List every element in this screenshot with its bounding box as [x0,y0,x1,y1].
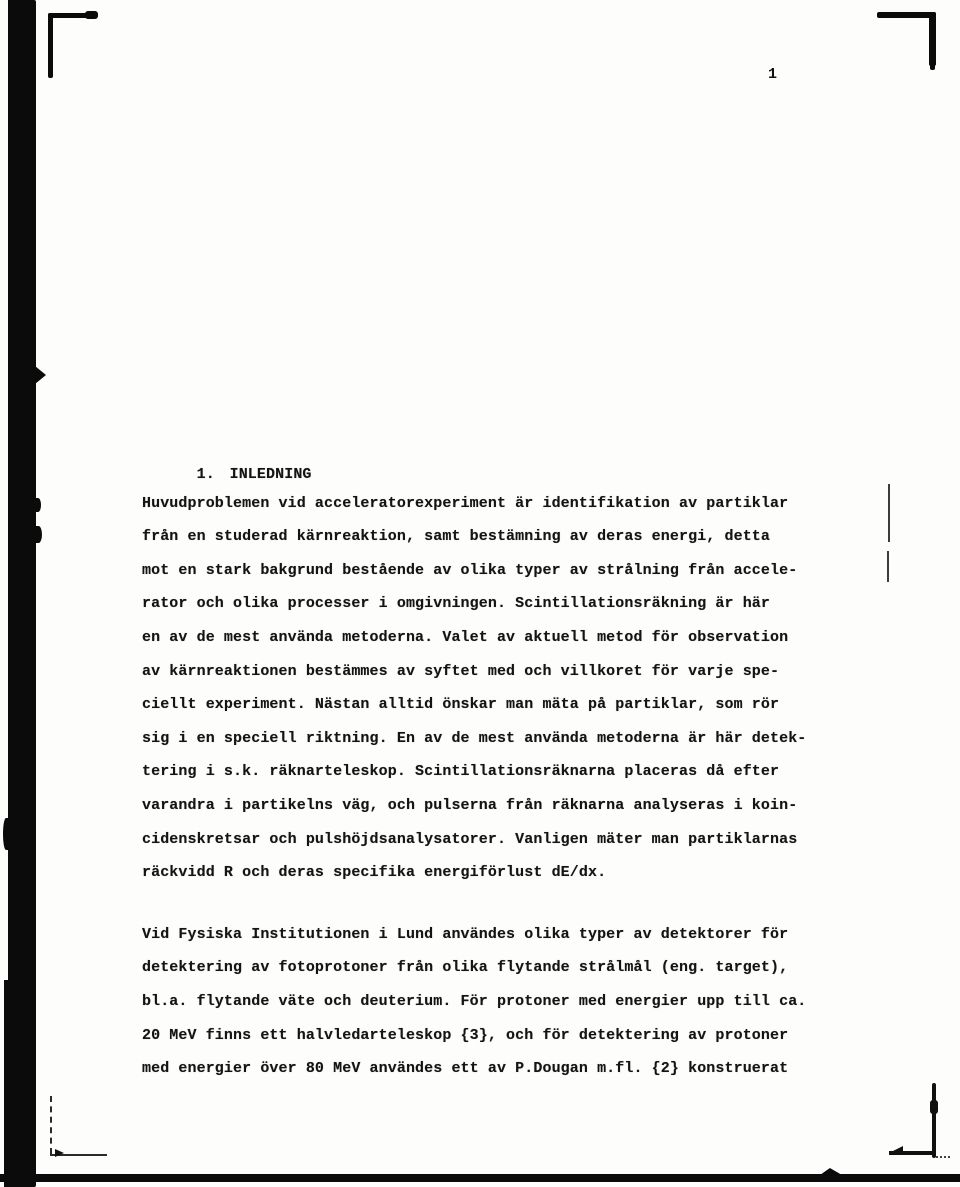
crop-mark-top-left-blob [85,11,98,19]
crop-mark-bottom-right-blob [930,1100,938,1114]
crop-mark-bottom-right-vertical [932,1083,936,1158]
text-line: Vid Fysiska Institutionen i Lund använde… [142,918,822,952]
stray-mark-right-2 [887,551,889,582]
text-line: bl.a. flytande väte och deuterium. För p… [142,985,822,1019]
text-line: med energier över 80 MeV användes ett av… [142,1052,822,1086]
text-line: av kärnreaktionen bestämmes av syftet me… [142,655,822,689]
section-title: INLEDNING [230,466,312,483]
crop-mark-bottom-left-arrowhead [55,1149,64,1157]
text-line: tering i s.k. räknarteleskop. Scintillat… [142,755,822,789]
text-line: ciellt experiment. Nästan alltid önskar … [142,688,822,722]
scanned-document-page: 1 1.INLEDNING Huvudproblemen vid acceler… [0,0,960,1187]
text-line: Huvudproblemen vid acceleratorexperiment… [142,487,822,521]
crop-mark-top-left-vertical [48,13,53,78]
text-line: 20 MeV finns ett halvledarteleskop {3}, … [142,1019,822,1053]
text-block: 1.INLEDNING Huvudproblemen vid accelerat… [142,424,822,1086]
section-heading: 1.INLEDNING [142,424,822,458]
text-line: rator och olika processer i omgivningen.… [142,587,822,621]
text-line: varandra i partikelns väg, och pulserna … [142,789,822,823]
crop-mark-bottom-left-vertical [50,1096,52,1154]
text-line: cidenskretsar och pulshöjdsanalysatorer.… [142,823,822,857]
page-number: 1 [768,66,777,83]
scan-blot-left-arrow [35,366,46,384]
text-line: sig i en speciell riktning. En av de mes… [142,722,822,756]
text-line: räckvidd R och deras specifika energiför… [142,856,822,890]
scan-blot-left-3 [3,818,9,850]
crop-mark-top-right-vertical [929,12,936,66]
crop-mark-bottom-right-horizontal [889,1151,933,1155]
scan-blot-left-1 [35,498,41,512]
scan-edge-bottom-bump [820,1168,842,1175]
text-line: från en studerad kärnreaktion, samt best… [142,520,822,554]
scan-edge-bar-left-lower [4,980,10,1187]
scan-edge-bar-bottom [0,1174,960,1182]
scan-blot-left-2 [35,526,42,543]
text-line: mot en stark bakgrund bestående av olika… [142,554,822,588]
text-line: detektering av fotoprotoner från olika f… [142,951,822,985]
text-line: en av de mest använda metoderna. Valet a… [142,621,822,655]
stray-mark-right-1 [888,484,890,542]
crop-mark-bottom-right-arrowhead [893,1146,903,1151]
scan-edge-bar-left [8,0,36,1187]
paragraph-2: Vid Fysiska Institutionen i Lund använde… [142,918,822,1086]
paragraph-1: Huvudproblemen vid acceleratorexperiment… [142,487,822,890]
crop-mark-top-right-horizontal [877,12,936,18]
crop-mark-top-right-tip [930,60,935,70]
crop-mark-bottom-right-dots [936,1156,950,1158]
